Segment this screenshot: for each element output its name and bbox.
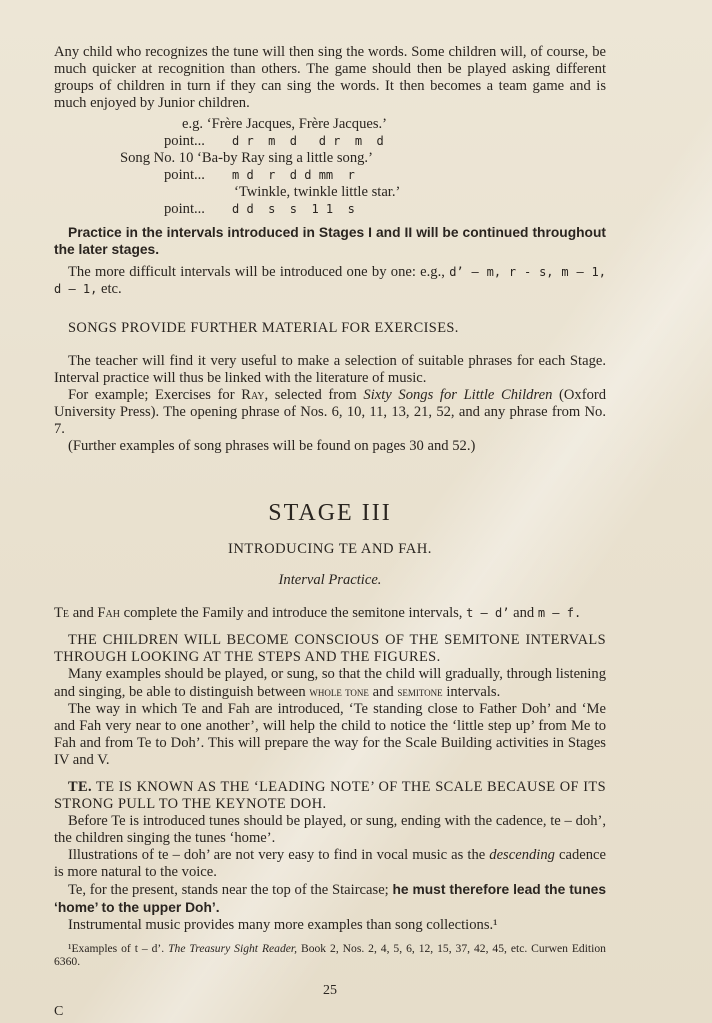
semitone-intro: Te and Fah complete the Family and intro… (54, 605, 606, 622)
example-frere-jacques: e.g. ‘Frère Jacques, Frère Jacques.’ poi… (54, 116, 606, 150)
point-label: point... (164, 167, 205, 184)
book-title: Sixty Songs for Little Children (363, 387, 552, 403)
solfa-notes: d d s s 1 1 s (232, 201, 355, 218)
instrumental-paragraph: Instrumental music provides many more ex… (54, 917, 606, 934)
stage-subtitle: INTRODUCING TE AND FAH. (54, 541, 606, 558)
example-title: Song No. 10 ‘Ba-by Ray sing a little son… (120, 150, 373, 167)
section-title: Interval Practice. (54, 572, 606, 589)
solfa-notes: m d r d d mm r (232, 167, 355, 184)
example-title: ‘Twinkle, twinkle little star.’ (234, 184, 400, 201)
before-te-paragraph: Before Te is introduced tunes should be … (54, 813, 606, 847)
practice-statement: Practice in the intervals introduced in … (54, 224, 606, 258)
children-heading: THE CHILDREN WILL BECOME CONSCIOUS OF TH… (54, 632, 606, 666)
illustrations-paragraph: Illustrations of te – doh’ are not very … (54, 847, 606, 881)
point-label: point... (164, 133, 205, 150)
intro-paragraph: Any child who recognizes the tune will t… (54, 44, 606, 112)
example-title: e.g. ‘Frère Jacques, Frère Jacques.’ (182, 116, 387, 133)
difficult-intervals-paragraph: The more difficult intervals will be int… (54, 264, 606, 298)
footnote: ¹Examples of t – d’. The Treasury Sight … (54, 942, 606, 968)
te-present-paragraph: Te, for the present, stands near the top… (54, 881, 606, 917)
example-twinkle: ‘Twinkle, twinkle little star.’ point...… (54, 184, 606, 218)
teacher-paragraph: The teacher will find it very useful to … (54, 353, 606, 387)
way-paragraph: The way in which Te and Fah are introduc… (54, 701, 606, 769)
book-page: Any child who recognizes the tune will t… (54, 44, 606, 1020)
signature-mark: C (54, 1003, 606, 1020)
example-paragraph: For example; Exercises for Ray, selected… (54, 387, 606, 438)
songs-heading: SONGS PROVIDE FURTHER MATERIAL FOR EXERC… (54, 320, 606, 337)
solfa-notes: d r m d d r m d (232, 133, 384, 150)
page-number: 25 (54, 982, 606, 999)
example-baby-ray: Song No. 10 ‘Ba-by Ray sing a little son… (54, 150, 606, 184)
stage-title: STAGE III (54, 499, 606, 527)
te-heading: TE. TE IS KNOWN AS THE ‘LEADING NOTE’ OF… (54, 779, 606, 813)
many-examples-paragraph: Many examples should be played, or sung,… (54, 666, 606, 701)
further-examples: (Further examples of song phrases will b… (54, 438, 606, 455)
point-label: point... (164, 201, 205, 218)
